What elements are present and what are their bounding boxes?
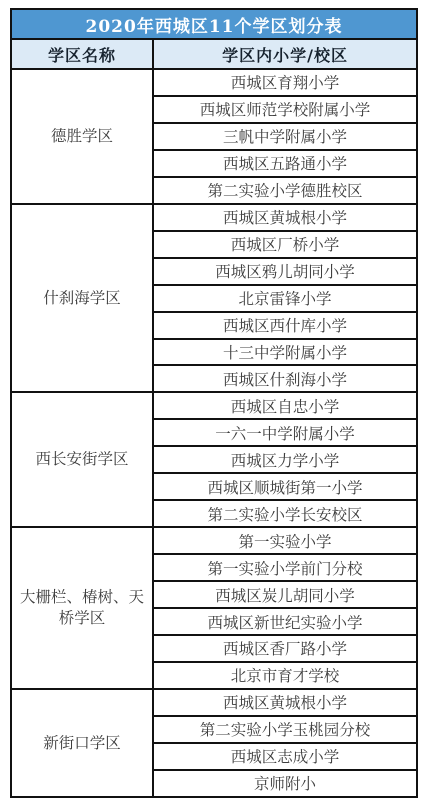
school-cell: 西城区厂桥小学 (153, 231, 417, 258)
school-cell: 京师附小 (153, 770, 417, 797)
column-header-district-name: 学区名称 (11, 39, 153, 69)
school-cell: 三帆中学附属小学 (153, 123, 417, 150)
school-cell: 西城区五路通小学 (153, 150, 417, 177)
table-body: 2020年西城区11个学区划分表 学区名称 学区内小学/校区 德胜学区西城区育翔… (11, 9, 417, 797)
school-cell: 第二实验小学长安校区 (153, 500, 417, 527)
school-cell: 西城区香厂路小学 (153, 635, 417, 662)
school-cell: 西城区炭儿胡同小学 (153, 581, 417, 608)
table-row: 大栅栏、椿树、天桥学区第一实验小学 (11, 527, 417, 554)
table-row: 新街口学区西城区黄城根小学 (11, 689, 417, 716)
table-row: 德胜学区西城区育翔小学 (11, 69, 417, 96)
school-cell: 西城区育翔小学 (153, 69, 417, 96)
district-name-cell: 什刹海学区 (11, 204, 153, 393)
column-header-schools: 学区内小学/校区 (153, 39, 417, 69)
district-name-cell: 德胜学区 (11, 69, 153, 204)
school-cell: 第二实验小学玉桃园分校 (153, 716, 417, 743)
title-row: 2020年西城区11个学区划分表 (11, 9, 417, 39)
school-cell: 西城区师范学校附属小学 (153, 96, 417, 123)
school-cell: 第一实验小学 (153, 527, 417, 554)
table-row: 什刹海学区西城区黄城根小学 (11, 204, 417, 231)
school-cell: 北京市育才学校 (153, 662, 417, 689)
school-cell: 西城区黄城根小学 (153, 689, 417, 716)
header-row: 学区名称 学区内小学/校区 (11, 39, 417, 69)
school-cell: 西城区新世纪实验小学 (153, 608, 417, 635)
page: 2020年西城区11个学区划分表 学区名称 学区内小学/校区 德胜学区西城区育翔… (0, 0, 431, 805)
school-cell: 西城区力学小学 (153, 446, 417, 473)
school-cell: 西城区黄城根小学 (153, 204, 417, 231)
school-cell: 西城区顺城街第一小学 (153, 473, 417, 500)
school-cell: 第一实验小学前门分校 (153, 554, 417, 581)
school-cell: 西城区什刹海小学 (153, 365, 417, 392)
school-district-table: 2020年西城区11个学区划分表 学区名称 学区内小学/校区 德胜学区西城区育翔… (10, 8, 418, 798)
school-cell: 西城区自忠小学 (153, 392, 417, 419)
school-cell: 西城区志成小学 (153, 743, 417, 770)
district-name-cell: 西长安街学区 (11, 392, 153, 527)
district-name-cell: 新街口学区 (11, 689, 153, 797)
district-name-cell: 大栅栏、椿树、天桥学区 (11, 527, 153, 689)
school-cell: 一六一中学附属小学 (153, 419, 417, 446)
table-title: 2020年西城区11个学区划分表 (11, 9, 417, 39)
school-cell: 十三中学附属小学 (153, 339, 417, 366)
school-cell: 第二实验小学德胜校区 (153, 177, 417, 204)
school-cell: 西城区鸦儿胡同小学 (153, 258, 417, 285)
school-cell: 西城区西什库小学 (153, 312, 417, 339)
school-cell: 北京雷锋小学 (153, 285, 417, 312)
table-row: 西长安街学区西城区自忠小学 (11, 392, 417, 419)
